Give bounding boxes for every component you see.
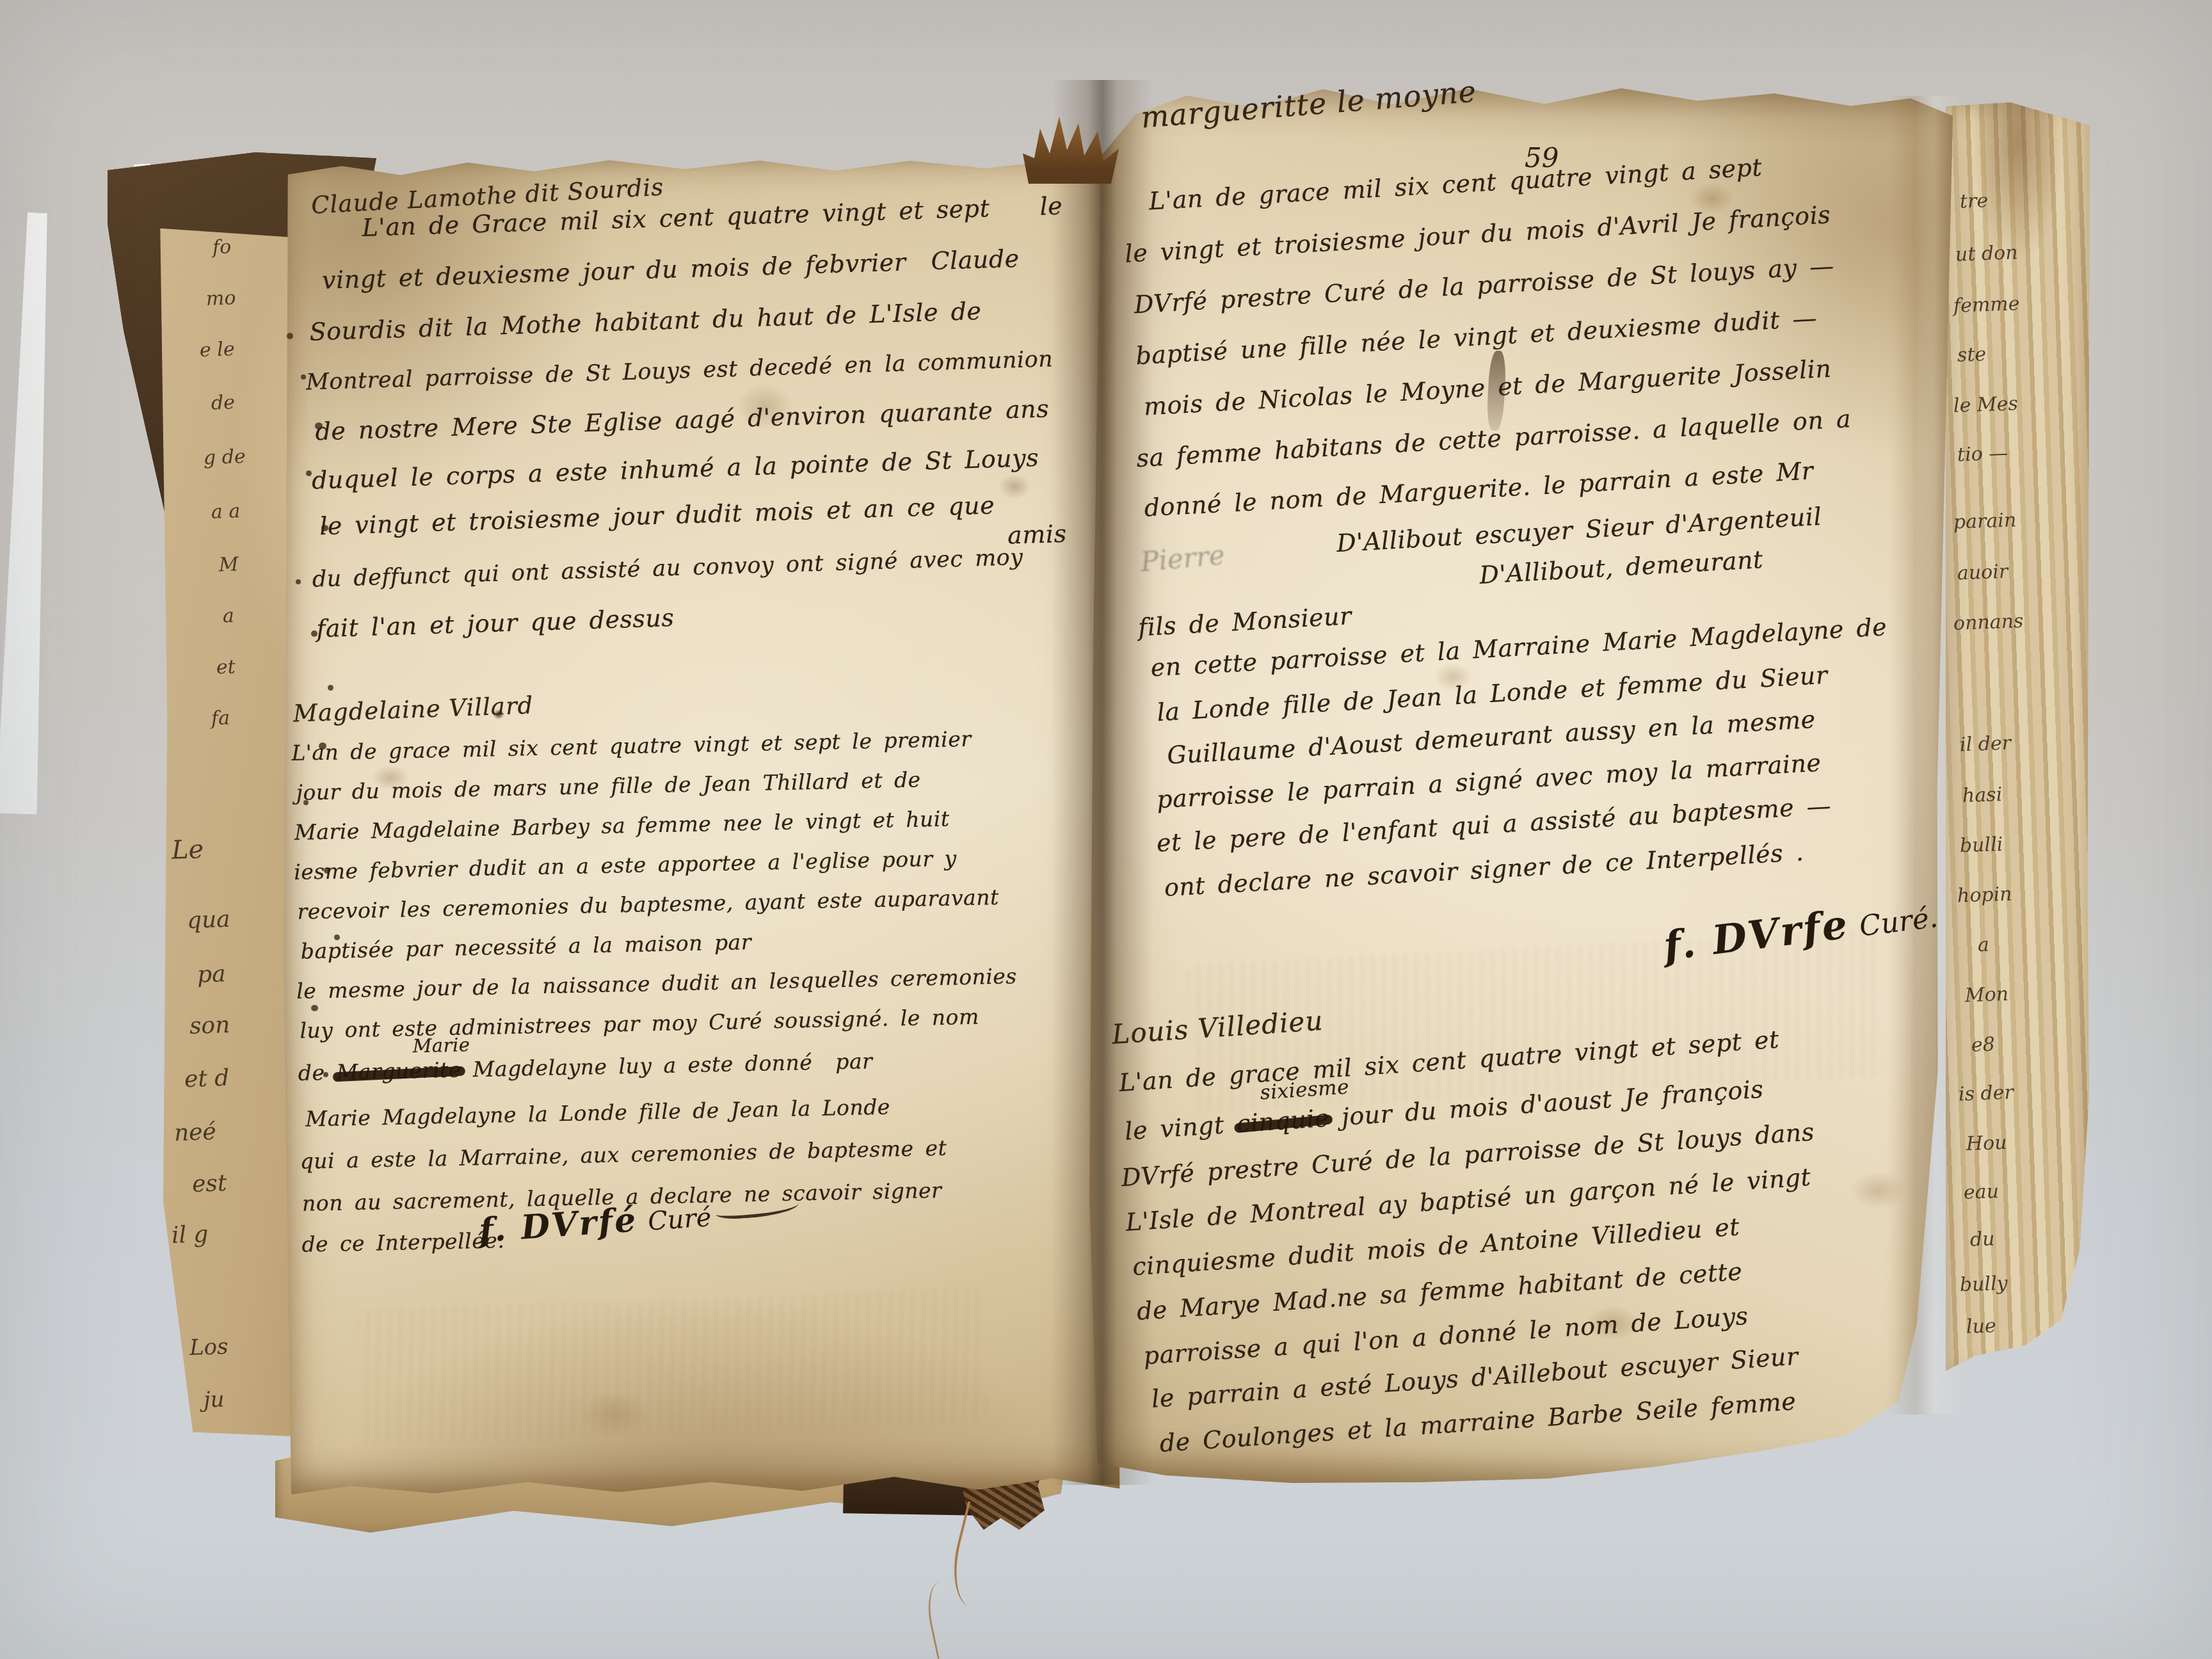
show-through-text (357, 1288, 988, 1445)
edge-fragment: fa (211, 709, 230, 729)
manuscript-line: Sourdis dit la Mothe habitant du haut de… (309, 298, 982, 347)
edge-fragment: il g (171, 1223, 209, 1247)
manuscript-line: fait l'an et jour que dessus (316, 604, 675, 643)
edge-fragment: mo (205, 289, 236, 309)
left-entry2-body: L'an de grace mil six cent quatre vingt … (291, 724, 1121, 1266)
manuscript-line: fils de Monsieur (1137, 602, 1352, 642)
manuscript-photo: Claude Lamothe dit Sourdis L'an de Grace… (0, 0, 2212, 1659)
edge-fragment: pa (196, 963, 226, 987)
worm-hole (301, 374, 306, 380)
manuscript-line: Marie Magdelayne la Londe fille de Jean … (305, 1095, 890, 1132)
edge-fragment: hopin (1957, 885, 2013, 906)
manuscript-line: baptisée par necessité a la maison par (300, 930, 751, 964)
manuscript-line: luy ont este administrees par moy Curé s… (300, 1005, 979, 1043)
manuscript-line: jour du mois de mars une fille de Jean T… (296, 767, 921, 805)
inserted-word: sixiesme (1260, 1076, 1350, 1105)
edge-fragment: M (218, 555, 239, 575)
strike-prefix: le vingt (1124, 1110, 1238, 1146)
edge-fragment: est (191, 1172, 227, 1196)
manuscript-line: de nostre Mere Ste Eglise aagé d'environ… (315, 395, 1050, 446)
edge-fragment: a (1977, 936, 1989, 956)
signature-flourish (716, 1198, 800, 1221)
edge-fragment: et (216, 657, 236, 677)
edge-fragment: fo (212, 238, 231, 258)
manuscript-line: de ce Interpellée. (301, 1228, 505, 1257)
manuscript-line: le vingt et troisiesme jour dudit mois e… (319, 492, 995, 541)
manuscript-line: iesme febvrier dudit an a este apportee … (294, 846, 957, 885)
strike-prefix: de (298, 1060, 336, 1086)
edge-fragment: Los (189, 1336, 228, 1359)
edge-fragment: a a (211, 502, 240, 522)
manuscript-line: qui a este la Marraine, aux ceremonies d… (300, 1136, 947, 1174)
edge-fragment: a (222, 607, 234, 627)
edge-fragment: et d (184, 1067, 229, 1091)
edge-fragment: e le (199, 340, 235, 360)
right-entry1-body: L'an de grace mil six cent quatre vingt … (1121, 141, 2017, 905)
manuscript-line: Marie Magdelaine Barbey sa femme nee le … (294, 806, 950, 844)
manuscript-line-corrected: de MargueriteMarie Magdelayne luy a este… (298, 1049, 872, 1086)
worm-hole (287, 333, 293, 339)
worm-hole (296, 579, 301, 584)
left-entry1-body: L'an de Grace mil six cent quatre vingt … (301, 191, 1127, 652)
signature-title: Curé (647, 1203, 712, 1237)
edge-fragment: Le (171, 837, 204, 863)
edge-fragment: neé (173, 1121, 216, 1145)
right-entry2-body: Louis Villedieu L'an de grace mil six ce… (1109, 965, 1995, 1481)
pencil-margin-note: Pierre (1139, 541, 1226, 575)
edge-fragment: Mon (1964, 985, 2008, 1006)
edge-fragment: g de (203, 447, 246, 468)
manuscript-line: le mesme jour de la naissance dudit an l… (296, 964, 1017, 1004)
manuscript-line: du deffunct qui ont assisté au convoy on… (312, 545, 1023, 593)
book-support-strip (0, 212, 58, 815)
manuscript-line: recevoir les ceremonies du baptesme, aya… (297, 885, 999, 924)
manuscript-line: Montreal parroisse de St Louys est deced… (306, 346, 1054, 396)
inserted-word: Marie (412, 1034, 470, 1057)
manuscript-line: duquel le corps a este inhumé a la point… (311, 444, 1039, 495)
manuscript-line: vingt et deuxiesme jour du mois de febvr… (321, 245, 1020, 295)
manuscript-line: D'Allibout, demeurant (1479, 546, 1764, 589)
strike-suffix: Magdelayne luy a este donné par (461, 1048, 872, 1082)
worm-hole (328, 685, 333, 691)
edge-fragment: e8 (1971, 1035, 1995, 1055)
edge-fragment: ju (203, 1388, 225, 1411)
edge-fragment: de (211, 393, 235, 413)
paper-stain (579, 1392, 650, 1437)
edge-fragment: qua (186, 908, 230, 933)
edge-fragment: son (189, 1014, 230, 1038)
struck-word: MargueriteMarie (336, 1058, 461, 1085)
strike-suffix: jour du mois d'aoust Je françois (1328, 1075, 1765, 1132)
struck-word: cinquiesixiesme (1236, 1105, 1330, 1139)
